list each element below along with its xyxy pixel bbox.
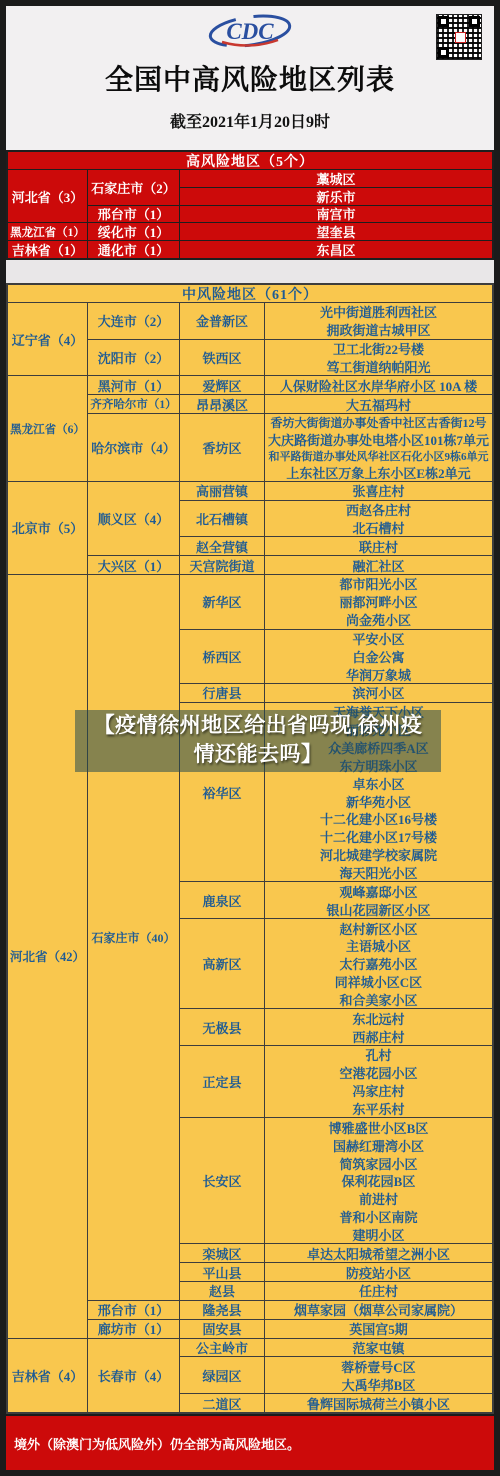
city-cell: 长春市（4）: [88, 1339, 180, 1412]
district-row: 鹿泉区观峰嘉邸小区银山花园新区小区: [180, 881, 492, 918]
place-label: 南宫市: [316, 204, 355, 223]
place-label: 北石槽村: [352, 518, 404, 537]
qr-code-icon: [436, 14, 482, 60]
city-row: 长春市（4）公主岭市范家屯镇绿园区蓉桥壹号C区大禹华邦B区二道区鲁辉国际城荷兰小…: [88, 1339, 492, 1412]
province-cell: 河北省（3）: [8, 170, 88, 222]
place-label: 丽都河畔小区: [339, 592, 417, 611]
place-row: 望奎县: [180, 223, 492, 240]
place-row: 海天阳光小区: [265, 863, 492, 881]
place-label: 融汇社区: [352, 556, 404, 575]
city-body: 藁城区新乐市: [180, 170, 492, 205]
place-row: 空港花园小区: [265, 1064, 492, 1082]
place-row: 西赵各庄村: [265, 501, 492, 519]
district-body: 卓达太阳城希望之洲小区: [265, 1244, 492, 1262]
province-row: 黑龙江省（6）黑河市（1）爱辉区人保财险社区水岸华府小区 10A 楼齐齐哈尔市（…: [8, 375, 492, 480]
district-row: 固安县英国宫5期: [180, 1320, 492, 1338]
province-cell-label: 河北省（3）: [12, 187, 84, 206]
place-row: 蓉桥壹号C区: [265, 1357, 492, 1375]
district-cell-label: 赵县: [209, 1281, 235, 1300]
place-label: 河北城建学校家属院: [320, 845, 437, 864]
district-body: 卫工北街22号楼笃工街道纳帕阳光: [265, 340, 492, 376]
city-cell-label: 沈阳市（2）: [98, 348, 170, 367]
district-body: 光中街道胜利西社区拥政街道古城甲区: [265, 303, 492, 339]
district-cell-label: 二道区: [202, 1394, 241, 1413]
place-row: 建明小区: [265, 1225, 492, 1243]
province-cell: 吉林省（1）: [8, 241, 88, 258]
district-cell: 绿园区: [180, 1357, 265, 1393]
district-cell-label: 高丽营镇: [196, 481, 248, 500]
place-row: 人保财险社区水岸华府小区 10A 楼: [265, 376, 492, 394]
place-label: 前进村: [359, 1189, 398, 1208]
city-cell: 顺义区（4）: [88, 482, 180, 555]
city-row: 大连市（2）金普新区光中街道胜利西社区拥政街道古城甲区: [88, 303, 492, 339]
district-cell-label: 行唐县: [202, 683, 241, 702]
district-cell: 爱辉区: [180, 376, 265, 394]
place-row: 白金公寓: [265, 647, 492, 665]
city-cell-label: 哈尔滨市（4）: [91, 438, 176, 457]
place-row: 拥政街道古城甲区: [265, 321, 492, 339]
page-title: 全国中高风险地区列表: [6, 58, 494, 98]
district-row: 高新区赵村新区小区主语城小区太行嘉苑小区同祥城小区C区和合美家小区: [180, 918, 492, 1008]
city-row: 邢台市（1）隆尧县烟草家园（烟草公司家属院）: [88, 1300, 492, 1319]
high-risk-table: 高风险地区（5个） 河北省（3）石家庄市（2）藁城区新乐市邢台市（1）南宫市黑龙…: [6, 150, 494, 260]
cdc-logo-icon: CDC: [202, 12, 298, 50]
city-cell-label: 邢台市（1）: [98, 1300, 170, 1319]
city-row: 廊坊市（1）固安县英国宫5期: [88, 1319, 492, 1338]
place-row: 新乐市: [180, 187, 492, 205]
city-body: 天宫院街道融汇社区: [180, 556, 492, 574]
city-body: 铁西区卫工北街22号楼笃工街道纳帕阳光: [180, 340, 492, 376]
district-cell: 无极县: [180, 1009, 265, 1045]
district-body: 滨河小区: [265, 684, 492, 702]
district-cell-label: 爱辉区: [202, 376, 241, 395]
district-cell-label: 绿园区: [202, 1366, 241, 1385]
district-body: 平安小区白金公寓华润万象城: [265, 630, 492, 684]
place-label: 蓉桥壹号C区: [341, 1357, 415, 1376]
district-cell: 行唐县: [180, 684, 265, 702]
district-body: 范家屯镇: [265, 1339, 492, 1357]
district-cell: 桥西区: [180, 630, 265, 684]
place-label: 尚金苑小区: [346, 610, 411, 629]
place-row: 新华苑小区: [265, 792, 492, 810]
district-cell: 高新区: [180, 919, 265, 1008]
district-cell: 二道区: [180, 1394, 265, 1412]
city-row: 齐齐哈尔市（1）昂昂溪区大五福玛村: [88, 394, 492, 413]
place-label: 保利花园B区: [342, 1171, 416, 1190]
district-cell: 高丽营镇: [180, 482, 265, 500]
district-cell: 香坊区: [180, 414, 265, 481]
place-label: 拥政街道古城甲区: [326, 320, 430, 339]
province-row: 河北省（3）石家庄市（2）藁城区新乐市邢台市（1）南宫市: [8, 170, 492, 222]
place-label: 同祥城小区C区: [335, 972, 422, 991]
place-row: 笃工街道纳帕阳光: [265, 358, 492, 376]
province-cell-label: 黑龙江省（1）: [10, 224, 85, 240]
place-label: 银山花园新区小区: [326, 900, 430, 919]
district-cell: 铁西区: [180, 340, 265, 376]
city-cell: 齐齐哈尔市（1）: [88, 395, 180, 413]
province-body: 石家庄市（2）藁城区新乐市邢台市（1）南宫市: [88, 170, 492, 222]
district-row: 赵县任庄村: [180, 1281, 492, 1300]
district-cell-label: 裕华区: [202, 783, 241, 802]
place-label: 简筑家园小区: [339, 1154, 417, 1173]
district-cell-label: 鹿泉区: [202, 891, 241, 910]
city-cell: 黑河市（1）: [88, 376, 180, 394]
province-body: 石家庄市（40）新华区都市阳光小区丽都河畔小区尚金苑小区桥西区平安小区白金公寓华…: [88, 575, 492, 1338]
city-body: 东昌区: [180, 241, 492, 258]
place-label: 鲁辉国际城荷兰小镇小区: [307, 1394, 450, 1413]
district-body: 都市阳光小区丽都河畔小区尚金苑小区: [265, 575, 492, 629]
place-label: 建明小区: [352, 1225, 404, 1244]
city-row: 大兴区（1）天宫院街道融汇社区: [88, 555, 492, 574]
district-row: 金普新区光中街道胜利西社区拥政街道古城甲区: [180, 303, 492, 339]
city-cell-label: 通化市（1）: [98, 240, 170, 259]
city-body: 隆尧县烟草家园（烟草公司家属院）: [180, 1301, 492, 1319]
district-cell-label: 无极县: [202, 1018, 241, 1037]
place-label: 太行嘉苑小区: [339, 954, 417, 973]
district-row: 香坊区香坊大街街道办事处香中社区古香街12号大庆路街道办事处电塔小区101栋7单…: [180, 414, 492, 481]
place-row: 简筑家园小区: [265, 1154, 492, 1172]
district-body: 人保财险社区水岸华府小区 10A 楼: [265, 376, 492, 394]
district-cell-label: 隆尧县: [202, 1300, 241, 1319]
district-cell-label: 桥西区: [202, 647, 241, 666]
district-cell: 赵全营镇: [180, 537, 265, 555]
place-label: 和合美家小区: [339, 990, 417, 1009]
city-cell: 大兴区（1）: [88, 556, 180, 574]
place-row: 赵村新区小区: [265, 919, 492, 937]
city-row: 绥化市（1）望奎县: [88, 223, 492, 240]
district-cell: 公主岭市: [180, 1339, 265, 1357]
footer-note: 境外（除澳门为低风险外）仍全部为高风险地区。: [6, 1414, 494, 1470]
place-label: 十二化建小区16号楼: [320, 809, 437, 828]
place-row: 丽都河畔小区: [265, 593, 492, 611]
city-cell-label: 石家庄市（40）: [91, 929, 175, 946]
district-body: 任庄村: [265, 1282, 492, 1300]
district-cell-label: 栾城区: [202, 1244, 241, 1263]
place-label: 华润万象城: [346, 665, 411, 684]
district-row: 隆尧县烟草家园（烟草公司家属院）: [180, 1301, 492, 1319]
place-row: 英国宫5期: [265, 1320, 492, 1338]
place-label: 博雅盛世小区B区: [329, 1118, 429, 1137]
province-cell: 黑龙江省（1）: [8, 223, 88, 240]
high-risk-title: 高风险地区（5个）: [8, 152, 492, 170]
place-label: 平安小区: [352, 629, 404, 648]
district-body: 赵村新区小区主语城小区太行嘉苑小区同祥城小区C区和合美家小区: [265, 919, 492, 1008]
district-cell-label: 固安县: [202, 1319, 241, 1338]
city-cell-label: 长春市（4）: [98, 1366, 170, 1385]
province-body: 黑河市（1）爱辉区人保财险社区水岸华府小区 10A 楼齐齐哈尔市（1）昂昂溪区大…: [88, 376, 492, 480]
place-label: 光中街道胜利西社区: [320, 302, 437, 321]
place-label: 普和小区南院: [339, 1207, 417, 1226]
place-row: 河北城建学校家属院: [265, 846, 492, 864]
district-body: 融汇社区: [265, 556, 492, 574]
district-cell: 栾城区: [180, 1244, 265, 1262]
city-cell-label: 齐齐哈尔市（1）: [90, 396, 176, 412]
district-row: 铁西区卫工北街22号楼笃工街道纳帕阳光: [180, 340, 492, 376]
district-cell-label: 昂昂溪区: [196, 395, 248, 414]
place-row: 光中街道胜利西社区: [265, 303, 492, 321]
place-label: 笃工街道纳帕阳光: [326, 357, 430, 376]
place-label: 烟草家园（烟草公司家属院）: [294, 1300, 463, 1319]
district-cell: 昂昂溪区: [180, 395, 265, 413]
city-cell: 石家庄市（2）: [88, 170, 180, 205]
city-cell: 哈尔滨市（4）: [88, 414, 180, 481]
province-cell-label: 辽宁省（4）: [12, 330, 84, 349]
city-body: 昂昂溪区大五福玛村: [180, 395, 492, 413]
place-label: 赵村新区小区: [339, 919, 417, 938]
place-row: 银山花园新区小区: [265, 900, 492, 918]
overlay-text: 【疫情徐州地区给出省吗现,徐州疫情还能去吗】: [75, 712, 441, 770]
district-row: 昂昂溪区大五福玛村: [180, 395, 492, 413]
district-cell-label: 铁西区: [202, 348, 241, 367]
province-cell-label: 吉林省（1）: [12, 240, 84, 259]
district-row: 长安区博雅盛世小区B区国赫红珊湾小区简筑家园小区保利花园B区前进村普和小区南院建…: [180, 1117, 492, 1243]
city-cell-label: 顺义区（4）: [98, 509, 170, 528]
place-row: 融汇社区: [265, 556, 492, 574]
district-row: 二道区鲁辉国际城荷兰小镇小区: [180, 1393, 492, 1412]
district-body: 西赵各庄村北石槽村: [265, 501, 492, 537]
place-label: 卓东小区: [352, 774, 404, 793]
province-cell: 黑龙江省（6）: [8, 376, 88, 480]
place-label: 大庆路街道办事处电塔小区101栋7单元: [268, 430, 489, 449]
district-body: 大五福玛村: [265, 395, 492, 413]
place-row: 主语城小区: [265, 937, 492, 955]
date-subtitle: 截至2021年1月20日9时: [6, 109, 494, 132]
district-cell: 赵县: [180, 1282, 265, 1300]
place-row: 任庄村: [265, 1282, 492, 1300]
district-row: 平山县防疫站小区: [180, 1262, 492, 1281]
province-cell: 吉林省（4）: [8, 1339, 88, 1412]
city-body: 公主岭市范家屯镇绿园区蓉桥壹号C区大禹华邦B区二道区鲁辉国际城荷兰小镇小区: [180, 1339, 492, 1412]
place-row: 上东社区万象上东小区E栋2单元: [265, 464, 492, 481]
city-body: 金普新区光中街道胜利西社区拥政街道古城甲区: [180, 303, 492, 339]
city-row: 通化市（1）东昌区: [88, 241, 492, 258]
place-row: 范家屯镇: [265, 1339, 492, 1357]
place-label: 白金公寓: [352, 647, 404, 666]
place-row: 卫工北街22号楼: [265, 340, 492, 358]
place-label: 人保财险社区水岸华府小区 10A 楼: [280, 376, 477, 395]
city-cell-label: 石家庄市（2）: [91, 178, 176, 197]
district-cell-label: 公主岭市: [196, 1338, 248, 1357]
medium-risk-table: 中风险地区（61个） 辽宁省（4）大连市（2）金普新区光中街道胜利西社区拥政街道…: [6, 283, 494, 1414]
province-body: 顺义区（4）高丽营镇张喜庄村北石槽镇西赵各庄村北石槽村赵全营镇联庄村大兴区（1）…: [88, 482, 492, 574]
place-row: 滨河小区: [265, 684, 492, 702]
place-row: 普和小区南院: [265, 1208, 492, 1226]
city-cell-label: 廊坊市（1）: [98, 1319, 170, 1338]
district-cell-label: 平山县: [202, 1263, 241, 1282]
city-cell: 沈阳市（2）: [88, 340, 180, 376]
district-cell-label: 高新区: [202, 954, 241, 973]
province-row: 北京市（5）顺义区（4）高丽营镇张喜庄村北石槽镇西赵各庄村北石槽村赵全营镇联庄村…: [8, 481, 492, 574]
province-row: 辽宁省（4）大连市（2）金普新区光中街道胜利西社区拥政街道古城甲区沈阳市（2）铁…: [8, 303, 492, 375]
district-cell-label: 香坊区: [202, 438, 241, 457]
place-row: 香坊大街街道办事处香中社区古香街12号: [265, 414, 492, 431]
district-cell-label: 新华区: [202, 592, 241, 611]
district-cell: 鹿泉区: [180, 882, 265, 918]
province-cell: 河北省（42）: [8, 575, 88, 1338]
province-body: 通化市（1）东昌区: [88, 241, 492, 258]
district-body: 香坊大街街道办事处香中社区古香街12号大庆路街道办事处电塔小区101栋7单元和平…: [265, 414, 492, 481]
district-body: 张喜庄村: [265, 482, 492, 500]
province-row: 吉林省（4）长春市（4）公主岭市范家屯镇绿园区蓉桥壹号C区大禹华邦B区二道区鲁辉…: [8, 1338, 492, 1412]
risk-area-poster: CDC 全国中高风险地区列表 截至2021年1月20日9时 高风险地区（5个） …: [0, 0, 500, 1476]
medium-risk-title: 中风险地区（61个）: [8, 285, 492, 303]
district-row: 北石槽镇西赵各庄村北石槽村: [180, 500, 492, 537]
district-cell-label: 金普新区: [196, 311, 248, 330]
place-row: 华润万象城: [265, 665, 492, 683]
section-divider: [6, 260, 494, 283]
place-label: 大五福玛村: [346, 395, 411, 414]
district-cell: 天宫院街道: [180, 556, 265, 574]
district-row: 赵全营镇联庄村: [180, 536, 492, 555]
district-cell-label: 天宫院街道: [189, 556, 254, 575]
district-row: 爱辉区人保财险社区水岸华府小区 10A 楼: [180, 376, 492, 394]
place-label: 新乐市: [316, 187, 355, 206]
place-row: 防疫站小区: [265, 1263, 492, 1281]
province-body: 长春市（4）公主岭市范家屯镇绿园区蓉桥壹号C区大禹华邦B区二道区鲁辉国际城荷兰小…: [88, 1339, 492, 1412]
province-body: 大连市（2）金普新区光中街道胜利西社区拥政街道古城甲区沈阳市（2）铁西区卫工北街…: [88, 303, 492, 375]
province-row: 河北省（42）石家庄市（40）新华区都市阳光小区丽都河畔小区尚金苑小区桥西区平安…: [8, 574, 492, 1338]
city-body: 高丽营镇张喜庄村北石槽镇西赵各庄村北石槽村赵全营镇联庄村: [180, 482, 492, 555]
place-row: 东平乐村: [265, 1100, 492, 1118]
city-cell: 通化市（1）: [88, 241, 180, 258]
district-body: 观峰嘉邸小区银山花园新区小区: [265, 882, 492, 918]
place-label: 上东社区万象上东小区E栋2单元: [286, 463, 470, 482]
city-cell-label: 绥化市（1）: [98, 222, 170, 241]
place-row: 博雅盛世小区B区: [265, 1118, 492, 1136]
place-row: 卓达太阳城希望之洲小区: [265, 1244, 492, 1262]
city-row: 石家庄市（2）藁城区新乐市: [88, 170, 492, 205]
district-cell-label: 长安区: [202, 1171, 241, 1190]
province-cell: 北京市（5）: [8, 482, 88, 574]
province-cell-label: 北京市（5）: [12, 518, 84, 537]
place-row: 平安小区: [265, 630, 492, 648]
city-body: 爱辉区人保财险社区水岸华府小区 10A 楼: [180, 376, 492, 394]
city-row: 哈尔滨市（4）香坊区香坊大街街道办事处香中社区古香街12号大庆路街道办事处电塔小…: [88, 413, 492, 481]
place-label: 西赵各庄村: [346, 500, 411, 519]
place-row: 保利花园B区: [265, 1172, 492, 1190]
district-cell: 金普新区: [180, 303, 265, 339]
place-row: 和合美家小区: [265, 990, 492, 1008]
province-body: 绥化市（1）望奎县: [88, 223, 492, 240]
place-label: 国赫红珊湾小区: [333, 1136, 424, 1155]
place-label: 卫工北街22号楼: [333, 339, 424, 358]
city-cell: 大连市（2）: [88, 303, 180, 339]
city-row: 石家庄市（40）新华区都市阳光小区丽都河畔小区尚金苑小区桥西区平安小区白金公寓华…: [88, 575, 492, 1300]
place-row: 都市阳光小区: [265, 575, 492, 593]
district-cell-label: 正定县: [202, 1072, 241, 1091]
district-row: 高丽营镇张喜庄村: [180, 482, 492, 500]
city-row: 顺义区（4）高丽营镇张喜庄村北石槽镇西赵各庄村北石槽村赵全营镇联庄村: [88, 482, 492, 555]
place-label: 和平路街道办事处风华社区石化小区9栋6单元: [269, 448, 489, 464]
place-label: 滨河小区: [352, 683, 404, 702]
district-body: 孔村空港花园小区冯家庄村东平乐村: [265, 1046, 492, 1117]
district-row: 公主岭市范家屯镇: [180, 1339, 492, 1357]
poster-header: CDC 全国中高风险地区列表 截至2021年1月20日9时: [6, 6, 494, 150]
district-body: 蓉桥壹号C区大禹华邦B区: [265, 1357, 492, 1393]
place-label: 主语城小区: [346, 936, 411, 955]
city-cell-label: 黑河市（1）: [98, 376, 170, 395]
place-row: 南宫市: [180, 206, 492, 223]
district-row: 正定县孔村空港花园小区冯家庄村东平乐村: [180, 1045, 492, 1117]
place-row: 和平路街道办事处风华社区石化小区9栋6单元: [265, 447, 492, 464]
place-label: 观峰嘉邸小区: [339, 882, 417, 901]
place-label: 孔村: [365, 1045, 391, 1064]
place-label: 防疫站小区: [346, 1263, 411, 1282]
place-row: 北石槽村: [265, 518, 492, 536]
city-cell: 石家庄市（40）: [88, 575, 180, 1300]
city-cell-label: 邢台市（1）: [98, 204, 170, 223]
place-row: 鲁辉国际城荷兰小镇小区: [265, 1394, 492, 1412]
place-label: 冯家庄村: [352, 1081, 404, 1100]
district-row: 天宫院街道融汇社区: [180, 556, 492, 574]
place-label: 范家屯镇: [352, 1338, 404, 1357]
city-body: 新华区都市阳光小区丽都河畔小区尚金苑小区桥西区平安小区白金公寓华润万象城行唐县滨…: [180, 575, 492, 1300]
place-row: 大庆路街道办事处电塔小区101栋7单元: [265, 431, 492, 448]
place-row: 孔村: [265, 1046, 492, 1064]
district-body: 英国宫5期: [265, 1320, 492, 1338]
place-row: 张喜庄村: [265, 482, 492, 500]
place-row: 尚金苑小区: [265, 611, 492, 629]
city-body: 南宫市: [180, 206, 492, 223]
place-label: 十二化建小区17号楼: [320, 827, 437, 846]
district-row: 新华区都市阳光小区丽都河畔小区尚金苑小区: [180, 575, 492, 629]
svg-text:CDC: CDC: [226, 19, 274, 44]
place-label: 东北远村: [352, 1009, 404, 1028]
place-label: 英国宫5期: [349, 1319, 408, 1338]
district-row: 桥西区平安小区白金公寓华润万象城: [180, 629, 492, 684]
city-body: 香坊区香坊大街街道办事处香中社区古香街12号大庆路街道办事处电塔小区101栋7单…: [180, 414, 492, 481]
province-cell-label: 吉林省（4）: [12, 1366, 84, 1385]
city-cell: 绥化市（1）: [88, 223, 180, 240]
district-row: 无极县东北远村西郝庄村: [180, 1008, 492, 1045]
place-label: 藁城区: [316, 169, 355, 188]
district-body: 联庄村: [265, 537, 492, 555]
place-row: 烟草家园（烟草公司家属院）: [265, 1301, 492, 1319]
city-cell: 邢台市（1）: [88, 1301, 180, 1319]
province-row: 吉林省（1）通化市（1）东昌区: [8, 240, 492, 258]
city-cell-label: 大连市（2）: [98, 311, 170, 330]
place-row: 十二化建小区16号楼: [265, 810, 492, 828]
place-row: 藁城区: [180, 170, 492, 187]
footer-text: 境外（除澳门为低风险外）仍全部为高风险地区。: [14, 1434, 300, 1453]
district-cell: 北石槽镇: [180, 501, 265, 537]
city-row: 邢台市（1）南宫市: [88, 205, 492, 223]
city-row: 黑河市（1）爱辉区人保财险社区水岸华府小区 10A 楼: [88, 376, 492, 394]
city-cell: 邢台市（1）: [88, 206, 180, 223]
district-row: 绿园区蓉桥壹号C区大禹华邦B区: [180, 1356, 492, 1393]
place-row: 东昌区: [180, 241, 492, 258]
place-label: 东昌区: [316, 240, 355, 259]
city-cell: 廊坊市（1）: [88, 1320, 180, 1338]
district-cell: 固安县: [180, 1320, 265, 1338]
district-body: 鲁辉国际城荷兰小镇小区: [265, 1394, 492, 1412]
district-body: 防疫站小区: [265, 1263, 492, 1281]
place-label: 海天阳光小区: [339, 863, 417, 882]
place-row: 同祥城小区C区: [265, 973, 492, 991]
province-cell: 辽宁省（4）: [8, 303, 88, 375]
district-cell-label: 赵全营镇: [196, 537, 248, 556]
district-cell-label: 北石槽镇: [196, 509, 248, 528]
place-label: 都市阳光小区: [339, 574, 417, 593]
district-body: 博雅盛世小区B区国赫红珊湾小区简筑家园小区保利花园B区前进村普和小区南院建明小区: [265, 1118, 492, 1243]
place-row: 前进村: [265, 1190, 492, 1208]
place-row: 卓东小区: [265, 774, 492, 792]
place-label: 任庄村: [359, 1281, 398, 1300]
place-row: 太行嘉苑小区: [265, 955, 492, 973]
place-row: 大五福玛村: [265, 395, 492, 413]
place-label: 张喜庄村: [352, 481, 404, 500]
district-cell: 隆尧县: [180, 1301, 265, 1319]
